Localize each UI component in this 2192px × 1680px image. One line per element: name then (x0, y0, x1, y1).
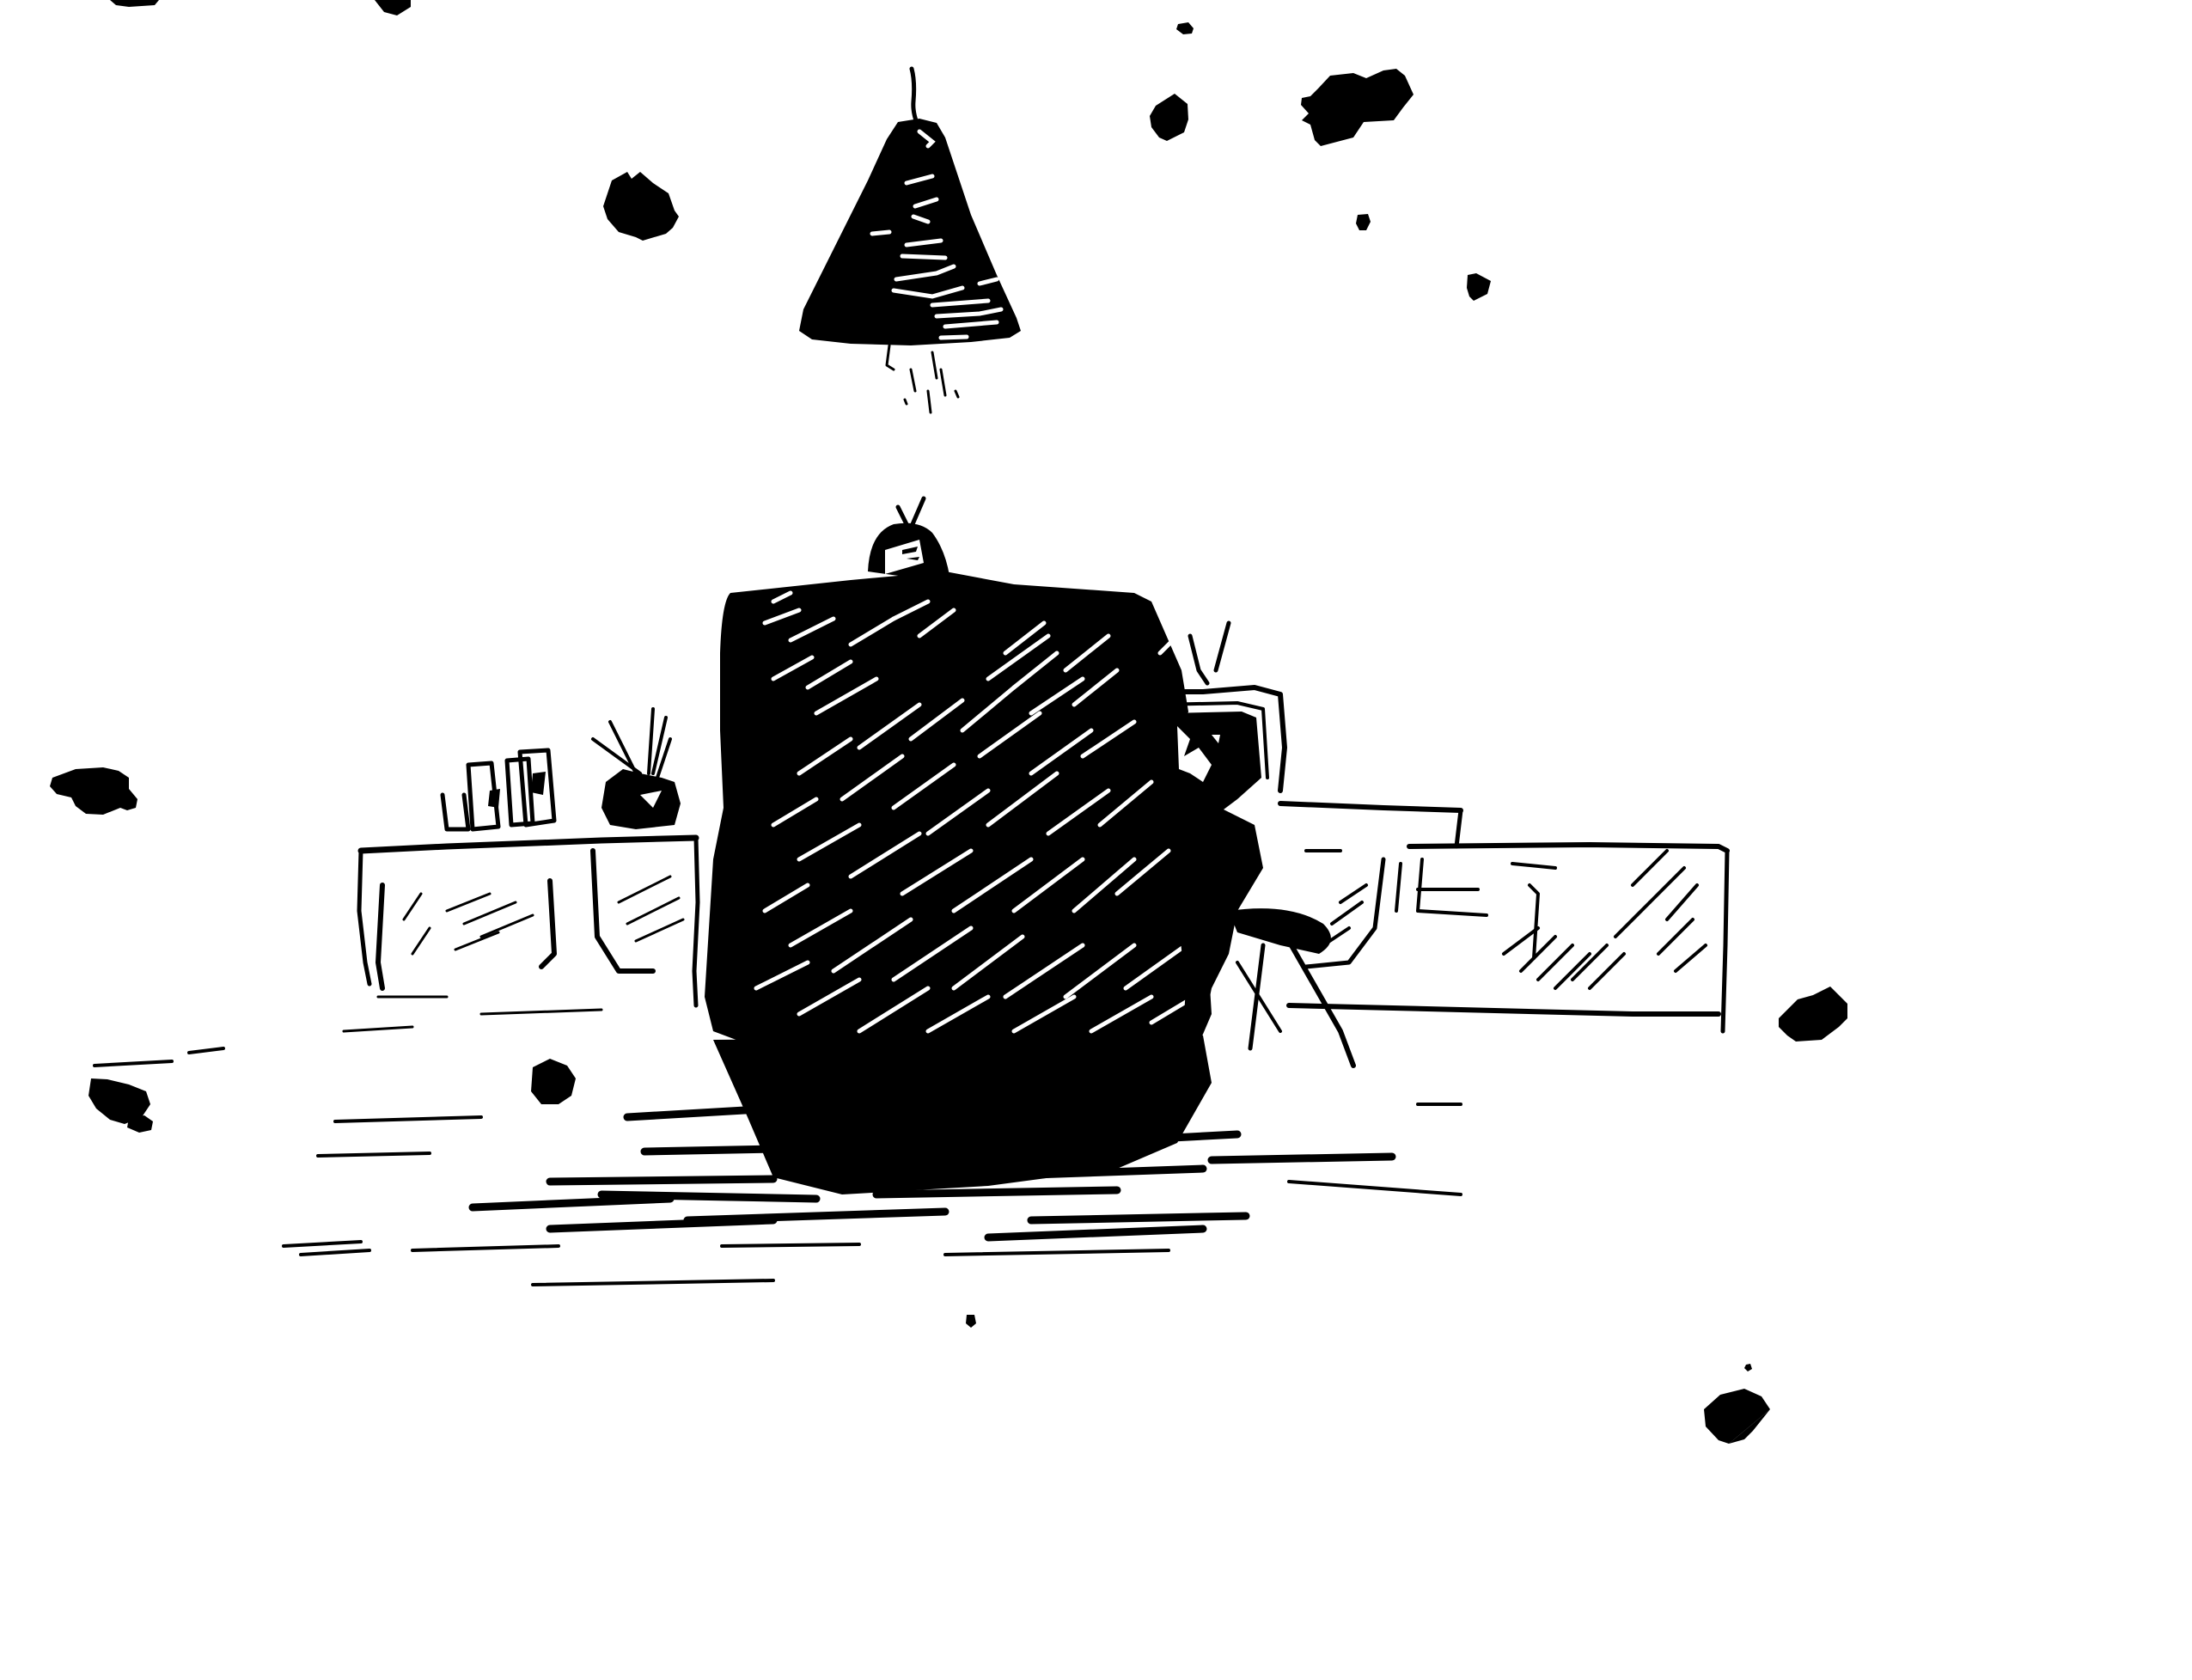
desk-top (361, 838, 696, 851)
figure-antenna (898, 507, 907, 524)
desk-leg (378, 885, 382, 988)
hanging-lamp (799, 69, 1021, 412)
lamp-cord (912, 69, 917, 123)
desk-side (694, 838, 698, 1005)
ink-blob (1150, 94, 1188, 141)
small-figure (868, 498, 949, 577)
desk-leg (541, 881, 554, 967)
stool (1177, 808, 1353, 1066)
ink-blob (127, 1115, 153, 1133)
ink-blob (531, 1059, 576, 1104)
ink-blob (1356, 214, 1371, 230)
potted-plant (593, 709, 681, 829)
desk-hatching (344, 877, 683, 1031)
left-desk (344, 709, 698, 1031)
ink-blob (966, 1315, 976, 1328)
ink-blob (1176, 22, 1194, 34)
ink-blob (1744, 1364, 1752, 1371)
floor-shadow (95, 1035, 1461, 1285)
ink-blob (50, 767, 137, 815)
ink-blob (110, 0, 159, 7)
ink-blob (375, 0, 411, 15)
ink-blob (1779, 987, 1847, 1042)
monitor-antenna (1216, 623, 1229, 670)
lamp-drips (887, 345, 958, 412)
ink-illustration (0, 0, 2192, 1680)
ink-blob (603, 172, 679, 241)
right-desk (1280, 803, 1727, 1031)
desk-front (359, 851, 369, 984)
ink-blob (1467, 273, 1491, 301)
monitor-antenna (1190, 636, 1207, 683)
ink-blob (1301, 69, 1414, 146)
ink-blob (1704, 1389, 1770, 1444)
monolith (705, 571, 1212, 1053)
figure-antenna (913, 498, 924, 524)
books (443, 750, 554, 829)
desk-drawer (593, 851, 653, 971)
